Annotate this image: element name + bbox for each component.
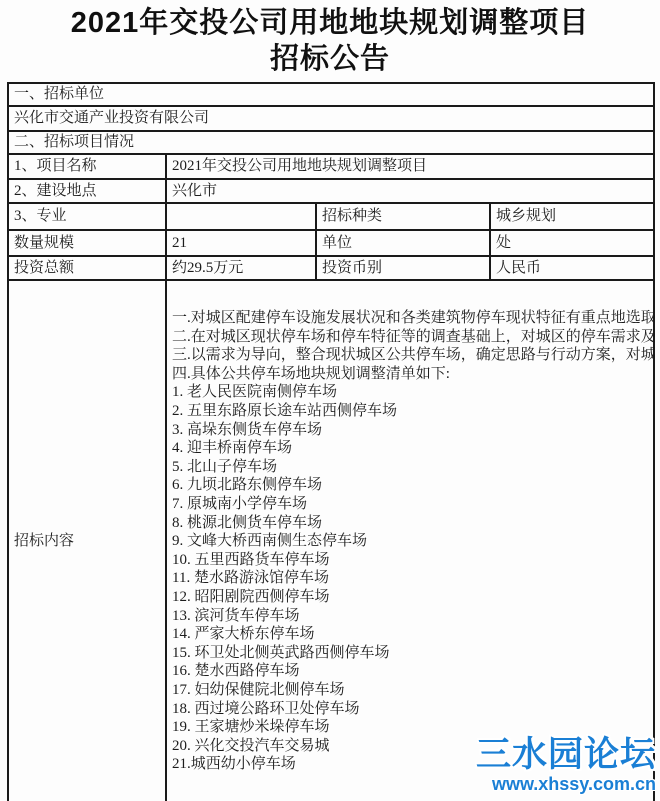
unit-value: 处	[490, 230, 654, 256]
section-header-project-info: 二、招标项目情况	[8, 131, 654, 154]
parking-lot-item: 8. 桃源北侧货车停车场	[172, 514, 648, 533]
parking-lot-item: 16. 楚水西路停车场	[172, 662, 648, 681]
table-row: 二、招标项目情况	[8, 131, 654, 154]
bidding-unit-value: 兴化市交通产业投资有限公司	[8, 106, 654, 131]
table-row: 兴化市交通产业投资有限公司	[8, 106, 654, 131]
bid-info-table: 一、招标单位 兴化市交通产业投资有限公司 二、招标项目情况 1、项目名称 202…	[7, 82, 655, 801]
table-row: 投资总额 约29.5万元 投资币别 人民币	[8, 256, 654, 280]
parking-lot-item: 5. 北山子停车场	[172, 458, 648, 477]
parking-lot-item: 2. 五里东路原长途车站西侧停车场	[172, 402, 648, 421]
parking-lot-item: 14. 严家大桥东停车场	[172, 625, 648, 644]
major-label: 3、专业	[8, 203, 166, 230]
major-value	[166, 203, 316, 230]
parking-lot-item: 11. 楚水路游泳馆停车场	[172, 569, 648, 588]
quantity-value: 21	[166, 230, 316, 256]
content-paragraph: 二.在对城区现状停车场和停车特征等的调查基础上，对城区的停车需求及停车泊位数进行…	[172, 328, 648, 347]
document-title-line2: 招标公告	[0, 41, 660, 77]
investment-label: 投资总额	[8, 256, 166, 280]
parking-lot-item: 21.城西幼小停车场	[172, 755, 648, 774]
table-row: 数量规模 21 单位 处	[8, 230, 654, 256]
project-name-label: 1、项目名称	[8, 154, 166, 179]
section-header-bidding-unit: 一、招标单位	[8, 83, 654, 106]
project-name-value: 2021年交投公司用地地块规划调整项目	[166, 154, 654, 179]
bid-content-label: 招标内容	[8, 280, 166, 801]
location-value: 兴化市	[166, 179, 654, 203]
parking-lot-item: 6. 九顷北路东侧停车场	[172, 476, 648, 495]
document-title-line1: 2021年交投公司用地地块规划调整项目	[0, 5, 660, 41]
bid-type-label: 招标种类	[316, 203, 490, 230]
parking-lot-item: 7. 原城南小学停车场	[172, 495, 648, 514]
parking-lot-item: 9. 文峰大桥西南侧生态停车场	[172, 532, 648, 551]
quantity-label: 数量规模	[8, 230, 166, 256]
bid-type-value: 城乡规划	[490, 203, 654, 230]
parking-lot-item: 3. 高垛东侧货车停车场	[172, 421, 648, 440]
table-row: 1、项目名称 2021年交投公司用地地块规划调整项目	[8, 154, 654, 179]
document-page: 2021年交投公司用地地块规划调整项目 招标公告 一、招标单位 兴化市交通产业投…	[0, 0, 660, 801]
parking-lot-item: 18. 西过境公路环卫处停车场	[172, 700, 648, 719]
investment-value: 约29.5万元	[166, 256, 316, 280]
content-paragraph: 四.具体公共停车场地块规划调整清单如下:	[172, 365, 648, 384]
parking-lot-item: 1. 老人民医院南侧停车场	[172, 383, 648, 402]
location-label: 2、建设地点	[8, 179, 166, 203]
parking-lot-item: 4. 迎丰桥南停车场	[172, 439, 648, 458]
currency-value: 人民币	[490, 256, 654, 280]
parking-lot-item: 12. 昭阳剧院西侧停车场	[172, 588, 648, 607]
parking-lot-item: 10. 五里西路货车停车场	[172, 551, 648, 570]
parking-lot-item: 20. 兴化交投汽车交易城	[172, 737, 648, 756]
content-paragraph: 三.以需求为导向，整合现状城区公共停车场，确定思路与行动方案，对城区公共停车场地…	[172, 346, 648, 365]
parking-lot-item: 17. 妇幼保健院北侧停车场	[172, 681, 648, 700]
unit-label: 单位	[316, 230, 490, 256]
table-row: 一、招标单位	[8, 83, 654, 106]
currency-label: 投资币别	[316, 256, 490, 280]
bid-content-cell: 一.对城区配建停车设施发展状况和各类建筑物停车现状特征有重点地选取调查，分析研究…	[166, 280, 654, 801]
content-paragraph: 一.对城区配建停车设施发展状况和各类建筑物停车现状特征有重点地选取调查，分析研究…	[172, 309, 648, 328]
parking-lot-item: 19. 王家塘炒米垛停车场	[172, 718, 648, 737]
document-title: 2021年交投公司用地地块规划调整项目 招标公告	[0, 0, 660, 77]
table-row: 2、建设地点 兴化市	[8, 179, 654, 203]
table-row: 3、专业 招标种类 城乡规划	[8, 203, 654, 230]
parking-lot-item: 13. 滨河货车停车场	[172, 607, 648, 626]
table-row: 招标内容 一.对城区配建停车设施发展状况和各类建筑物停车现状特征有重点地选取调查…	[8, 280, 654, 801]
parking-lot-item: 15. 环卫处北侧英武路西侧停车场	[172, 644, 648, 663]
